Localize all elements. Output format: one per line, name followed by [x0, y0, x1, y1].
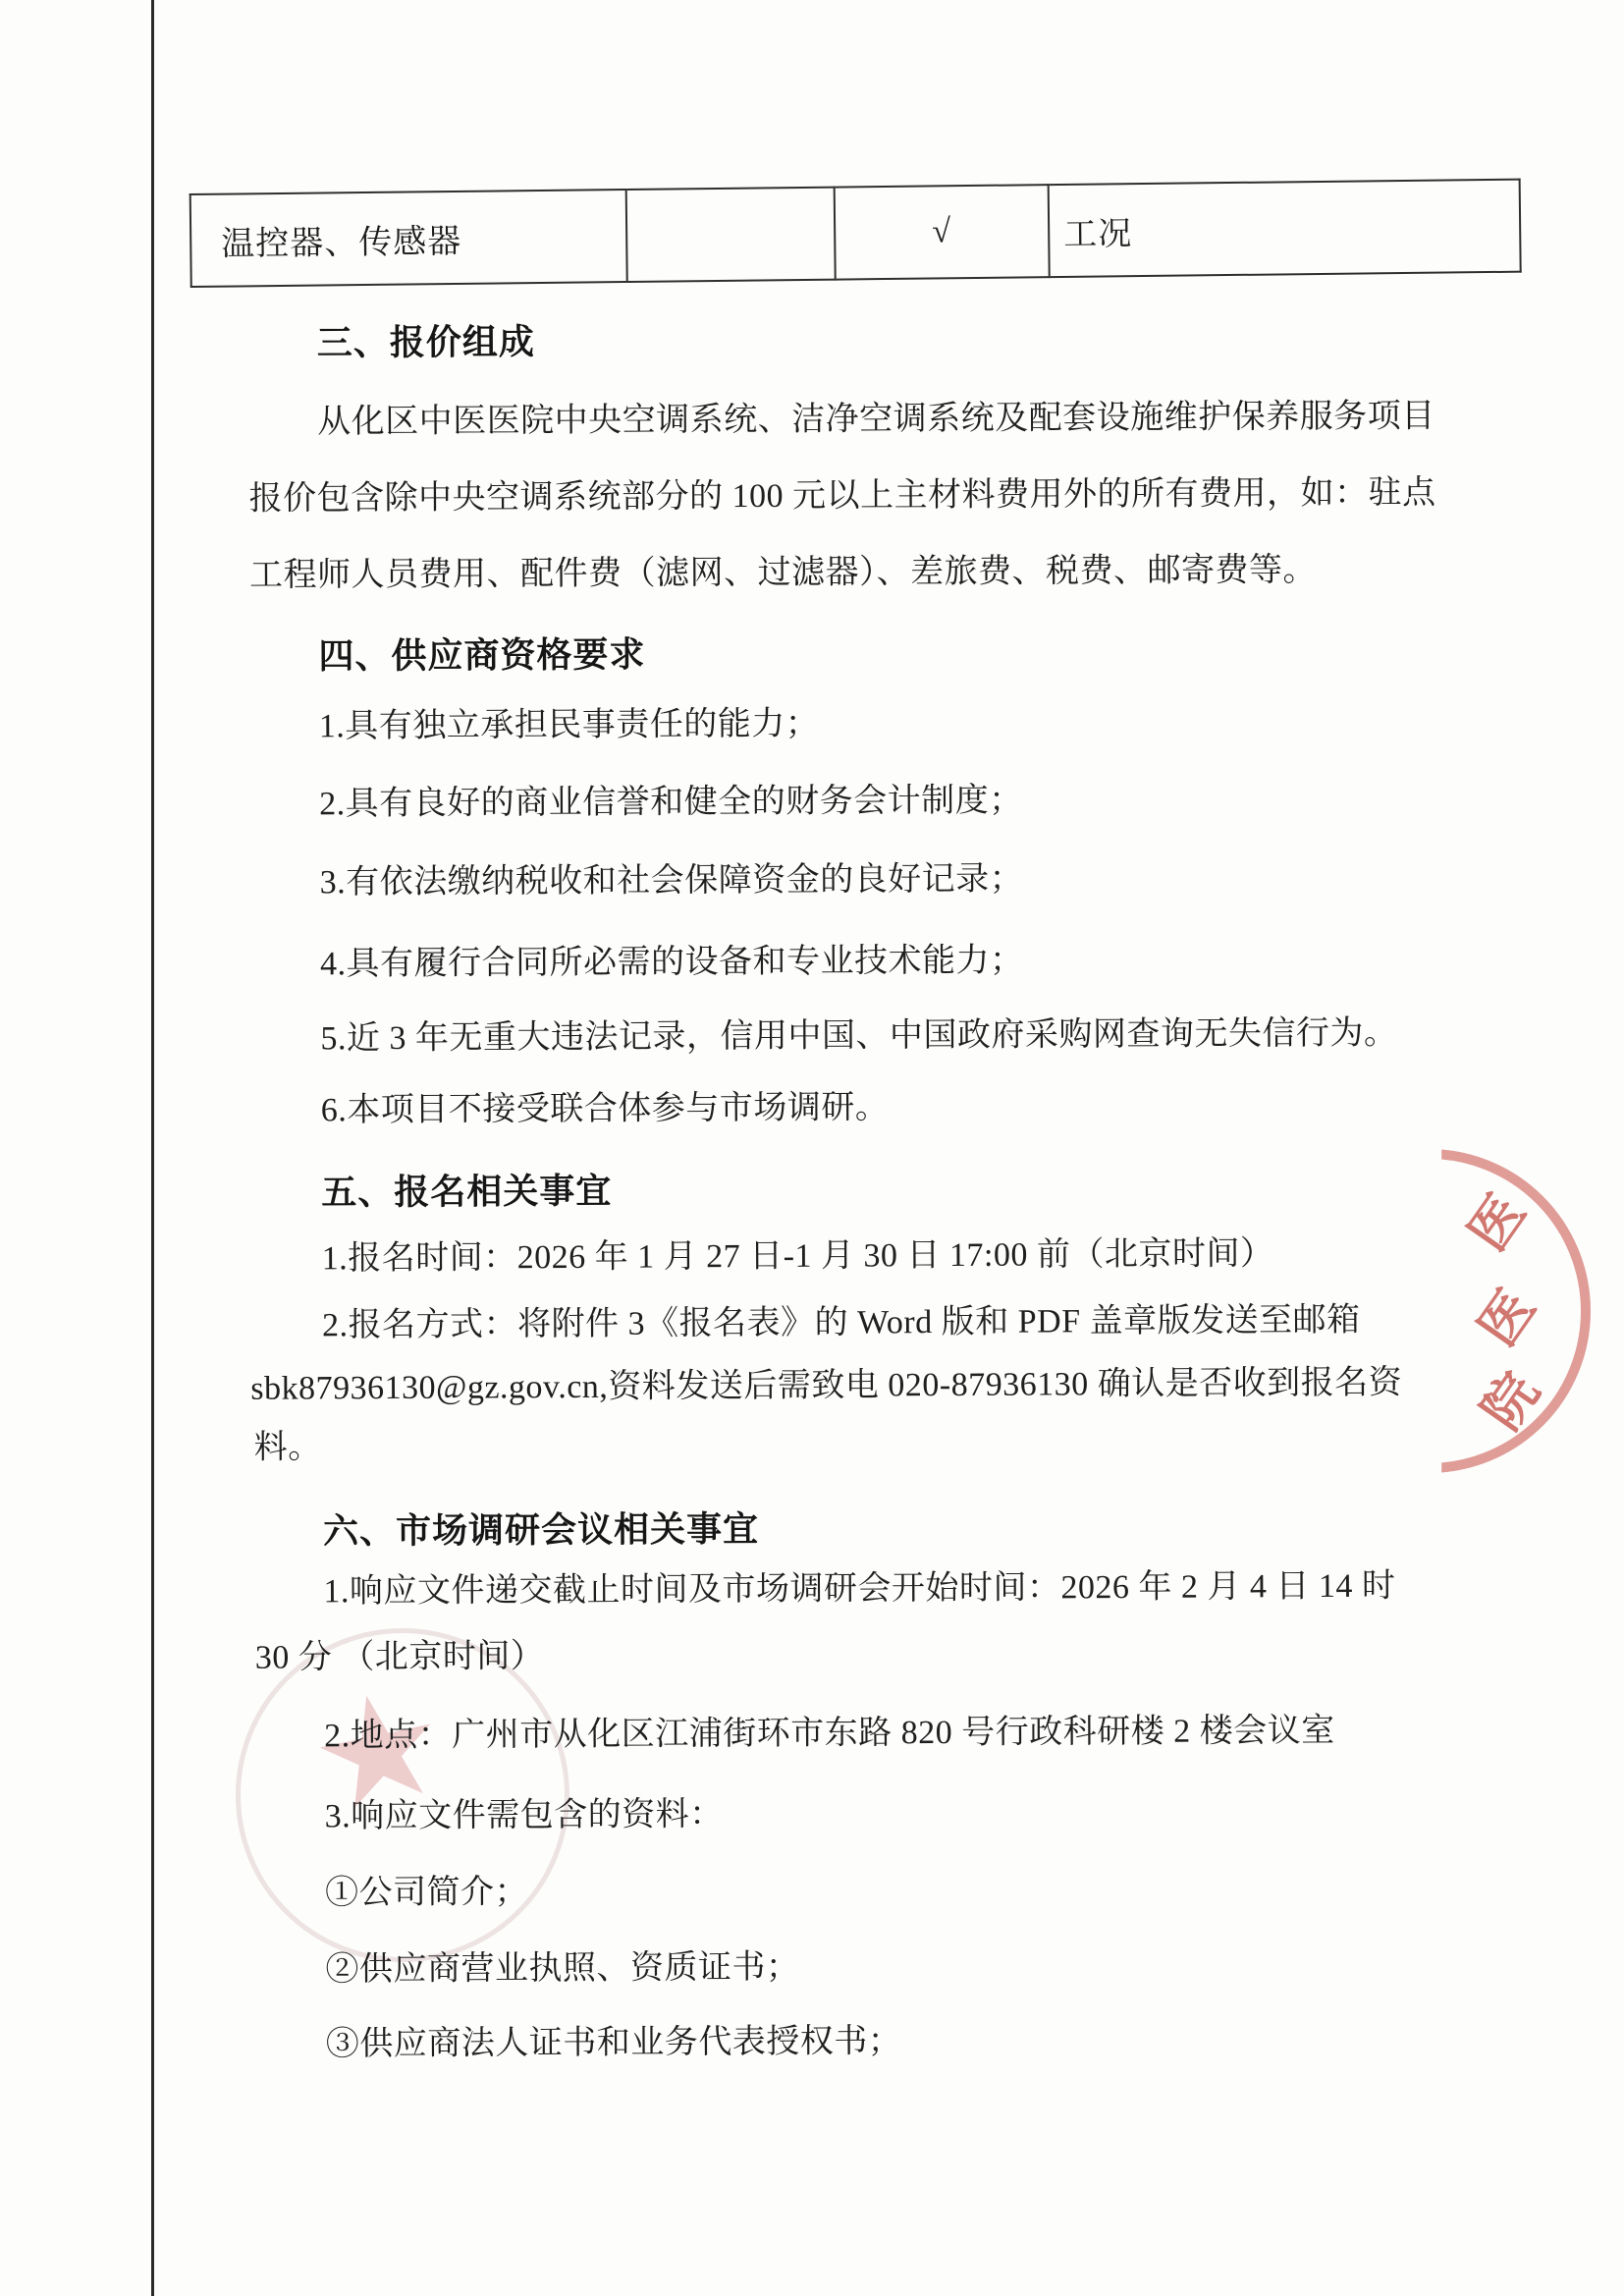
meeting-item: 1.响应文件递交截止时间及市场调研会开始时间：2026 年 2 月 4 日 14…	[323, 1567, 1395, 1612]
required-material-item: ①公司简介；	[325, 1873, 528, 1912]
registration-email-line: sbk87936130@gz.gov.cn,资料发送后需致电 020-87936…	[250, 1364, 1402, 1408]
table-cell-item: 温控器、传感器	[190, 190, 627, 287]
section-6-heading: 六、市场调研会议相关事宜	[323, 1509, 759, 1553]
qualification-item: 5.近 3 年无重大违法记录，信用中国、中国政府采购网查询无失信行为。	[320, 1014, 1397, 1059]
meeting-item: 2.地点：广州市从化区江浦街环市东路 820 号行政科研楼 2 楼会议室	[324, 1712, 1335, 1755]
table-row: 温控器、传感器 √ 工况	[190, 180, 1521, 287]
registration-item: 2.报名方式：将附件 3《报名表》的 Word 版和 PDF 盖章版发送至邮箱	[322, 1301, 1361, 1345]
qualification-item: 2.具有良好的商业信誉和健全的财务会计制度；	[319, 782, 1023, 824]
paragraph-line: 报价包含除中央空调系统部分的 100 元以上主材料费用外的所有费用，如：驻点	[249, 473, 1436, 518]
maintenance-scope-table: 温控器、传感器 √ 工况	[189, 179, 1522, 288]
qualification-item: 1.具有独立承担民事责任的能力；	[319, 705, 820, 746]
paragraph-line: 从化区中医医院中央空调系统、洁净空调系统及配套设施维护保养服务项目	[317, 397, 1435, 441]
scanned-document-page: ★ 温控器、传感器 √ 工况 三、报价组成 从化区中医医院中央空调系统、洁净空调…	[0, 0, 1624, 2296]
meeting-item: 3.响应文件需包含的资料：	[325, 1795, 724, 1835]
meeting-item-continuation: 30 分 （北京时间）	[255, 1637, 545, 1677]
required-material-item: ③供应商法人证书和业务代表授权书；	[326, 2022, 902, 2063]
section-3-heading: 三、报价组成	[317, 322, 535, 364]
document-content: 温控器、传感器 √ 工况 三、报价组成 从化区中医医院中央空调系统、洁净空调系统…	[0, 0, 1624, 2296]
table-cell-checkmark: √	[835, 185, 1050, 279]
required-material-item: ②供应商营业执照、资质证书；	[325, 1948, 799, 1990]
qualification-item: 6.本项目不接受联合体参与市场调研。	[321, 1088, 890, 1129]
section-5-heading: 五、报名相关事宜	[321, 1172, 612, 1214]
table-cell-empty	[626, 188, 836, 282]
paragraph-line: 工程师人员费用、配件费（滤网、过滤器）、差旅费、税费、邮寄费等。	[249, 551, 1317, 595]
table-cell-condition: 工况	[1049, 180, 1521, 277]
qualification-item: 3.有依法缴纳税收和社会保障资金的良好记录；	[320, 860, 1024, 902]
qualification-item: 4.具有履行合同所必需的设备和专业技术能力；	[320, 942, 1024, 984]
section-4-heading: 四、供应商资格要求	[318, 635, 645, 678]
registration-item-tail: 料。	[254, 1428, 322, 1466]
registration-item: 1.报名时间：2026 年 1 月 27 日-1 月 30 日 17:00 前（…	[322, 1234, 1274, 1278]
